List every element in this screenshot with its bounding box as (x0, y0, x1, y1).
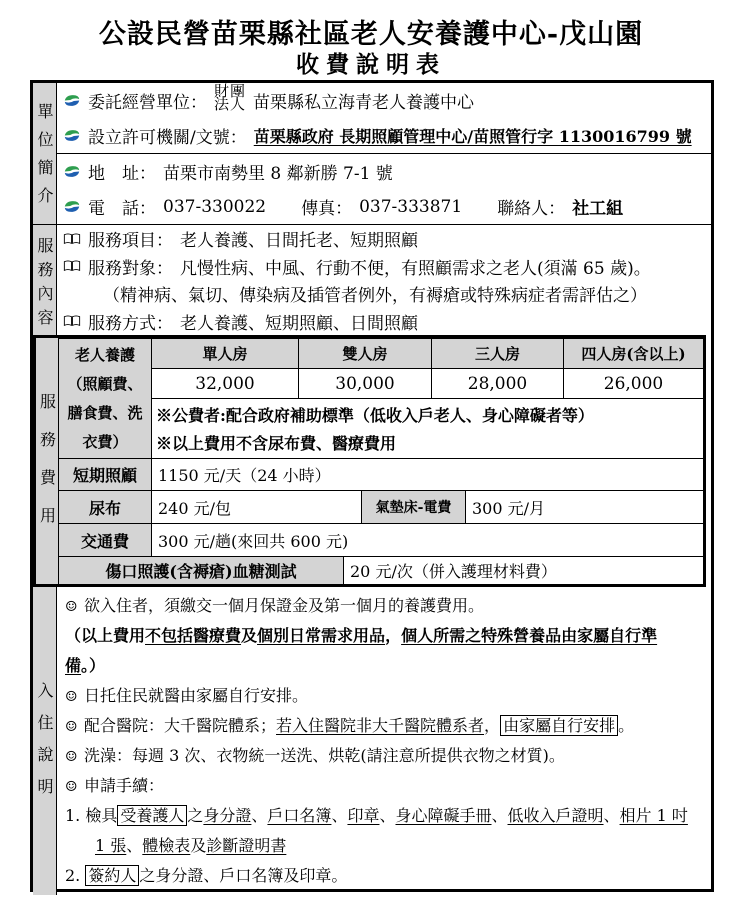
service-targets-line: 服務對象：凡慢性病、中風、行動不便，有照顧需求之老人(須滿 65 歲)。 (57, 253, 711, 281)
text-segment: ☺ (65, 749, 82, 765)
text-segment: 個別日常需求用品 (257, 626, 385, 645)
services-content: 服務項目：老人養護、日間托老、短期照顧 服務對象：凡慢性病、中風、行動不便，有照… (57, 225, 711, 335)
fee-table: 單位簡介 委託經營單位：財團法人苗栗縣私立海青老人養護中心 設立許可機關/文號：… (30, 80, 714, 892)
admission-line-signer: 2. 簽約人之身分證、戶口名簿及印章。 (65, 861, 711, 891)
admission-line-documents-1: 1. 檢具受養護人之身分證、戶口名簿、印章、身心障礙手冊、低收入戶證明、相片 1… (65, 801, 711, 831)
diaper-value: 240 元/包 (151, 490, 361, 523)
fax-label: 傳真： (301, 194, 352, 219)
contact-value: 社工組 (572, 194, 623, 219)
text-segment: 備 (65, 656, 81, 675)
diaper-label: 尿布 (58, 490, 151, 523)
text-segment: 簽約人 (85, 865, 139, 886)
contact-label: 聯絡人： (497, 194, 565, 219)
admission-line-procedure: ☺ 申請手續： (65, 771, 711, 801)
section-fees: 服務費用 老人養護 （照顧費、 膳食費、洗 衣費） 單人房 雙人房 三人房 四人… (33, 335, 706, 587)
admission-line-hospital: ☺ 配合醫院：大千醫院體系；若入住醫院非大千醫院體系者，由家屬自行安排。 (65, 711, 711, 741)
text-segment: 。 (618, 716, 634, 735)
admission-line-bathing: ☺ 洗澡：每週 3 次、衣物統一送洗、烘乾(請注意所提供衣物之材質)。 (65, 741, 711, 771)
care-label-line: 衣費） (82, 428, 127, 457)
text-segment: ， (484, 716, 500, 735)
text-segment: 配合醫院：大千醫院體系； (84, 716, 276, 735)
text-segment: 欲入住者，須繳交一個月保證金及第一個月的養護費用。 (84, 596, 484, 615)
text-segment: 體檢表 (142, 836, 190, 855)
text-segment: （以上費用 (65, 626, 145, 645)
swirl-icon (63, 93, 81, 108)
swirl-icon (63, 128, 81, 143)
admission-line-exclusion-1: （以上費用不包括醫療費及個別日常需求用品，個人所需之特殊營養品由家屬自行準 (65, 621, 711, 651)
text-segment: 1. 檢具 (65, 806, 117, 825)
phone-value: 037-330022 (163, 197, 266, 217)
wound-care-label: 傷口照護(含褥瘡)血糖測試 (58, 556, 343, 584)
operator-stack-bottom: 法人 (214, 98, 246, 111)
airbed-value: 300 元/月 (465, 490, 703, 523)
operator-corp-stack: 財團法人 (214, 85, 246, 111)
license-label: 設立許可機關/文號： (88, 123, 247, 148)
operator-line: 委託經營單位：財團法人苗栗縣私立海青老人養護中心 (57, 83, 711, 118)
transport-value: 300 元/趟(來回共 600 元) (151, 523, 703, 556)
operator-label: 委託經營單位： (88, 88, 207, 113)
text-segment: 戶口名簿 (267, 806, 331, 825)
address-label: 地 址： (88, 159, 156, 184)
service-items-label: 服務項目： (88, 226, 173, 251)
room-price-double: 30,000 (298, 368, 431, 398)
text-segment: 不包括醫療費 (145, 626, 241, 645)
text-segment: 、 (379, 806, 395, 825)
text-segment: 、 (126, 836, 142, 855)
fee-notes: ※公費者:配合政府補助標準（低收入戶老人、身心障礙者等） ※以上費用不含尿布費、… (151, 398, 703, 458)
fee-note-exclusions: ※以上費用不含尿布費、醫療費用 (156, 431, 396, 454)
care-fee-row-label: 老人養護 （照顧費、 膳食費、洗 衣費） (58, 338, 151, 458)
text-segment: 及 (241, 626, 257, 645)
text-segment: 由家屬自行安排 (500, 715, 618, 736)
transport-label: 交通費 (58, 523, 151, 556)
text-segment: 印章 (347, 806, 379, 825)
service-targets-note: （精神病、氣切、傳染病及插管者例外，有褥瘡或特殊病症者需評估之） (103, 281, 647, 306)
room-header-triple: 三人房 (431, 338, 563, 368)
unit-intro-content: 委託經營單位：財團法人苗栗縣私立海青老人養護中心 設立許可機關/文號：苗栗縣政府… (57, 83, 711, 224)
services-sidebar-label: 服務內容 (33, 225, 57, 335)
section-admission: 入住說明 ☺ 欲入住者，須繳交一個月保證金及第一個月的養護費用。 （以上費用不包… (33, 587, 711, 895)
room-header-double: 雙人房 (298, 338, 431, 368)
text-segment: ☺ (65, 599, 82, 615)
swirl-icon (63, 199, 81, 214)
section-services: 服務內容 服務項目：老人養護、日間托老、短期照顧 服務對象：凡慢性病、中風、行動… (33, 225, 711, 335)
service-targets-note-line: （精神病、氣切、傳染病及插管者例外，有褥瘡或特殊病症者需評估之） (57, 280, 711, 308)
text-segment: 。） (81, 656, 105, 675)
wound-care-value: 20 元/次（併入護理材料費） (343, 556, 703, 584)
text-segment: 、 (492, 806, 508, 825)
swirl-icon (63, 164, 81, 179)
text-segment: 日托住民就醫由家屬自行安排。 (84, 686, 308, 705)
text-segment: 1 張 (95, 836, 126, 855)
text-segment: ☺ (65, 779, 82, 795)
fees-sidebar-label: 服務費用 (36, 338, 58, 584)
service-items-value: 老人養護、日間托老、短期照顧 (180, 226, 418, 251)
open-book-icon (63, 314, 81, 328)
text-segment: 相片 1 吋 (620, 806, 688, 825)
text-segment: 身心障礙手冊 (395, 806, 491, 825)
text-segment: 及 (190, 836, 206, 855)
license-value: 苗栗縣政府 長期照顧管理中心/苗照管行字 1130016799 號 (254, 124, 692, 147)
admission-line-daycare: ☺ 日托住民就醫由家屬自行安排。 (65, 681, 711, 711)
text-segment: 之身分證、戶口名簿及印章。 (139, 866, 347, 885)
address-value: 苗栗市南勢里 8 鄰新勝 7-1 號 (163, 159, 393, 184)
text-segment: 洗澡：每週 3 次、衣物統一送洗、烘乾(請注意所提供衣物之材質)。 (84, 746, 565, 765)
fee-description-page: { "title": "公設民營苗栗縣社區老人安養護中心-戊山園", "subt… (0, 0, 742, 902)
room-price-quad: 26,000 (563, 368, 703, 398)
short-term-label: 短期照顧 (58, 458, 151, 490)
care-label-line: 膳食費、洗 (67, 399, 142, 428)
room-price-triple: 28,000 (431, 368, 563, 398)
license-line: 設立許可機關/文號：苗栗縣政府 長期照顧管理中心/苗照管行字 113001679… (57, 118, 711, 154)
text-segment: 個人所需之特殊營養品由家屬自行準 (401, 626, 657, 645)
section-unit-intro: 單位簡介 委託經營單位：財團法人苗栗縣私立海青老人養護中心 設立許可機關/文號：… (33, 83, 711, 225)
service-methods-line: 服務方式：老人養護、短期照顧、日間照顧 (57, 308, 711, 336)
service-targets-value: 凡慢性病、中風、行動不便，有照顧需求之老人(須滿 65 歲)。 (180, 254, 651, 279)
text-segment: ☺ (65, 719, 82, 735)
service-targets-label: 服務對象： (88, 254, 173, 279)
admission-line-deposit: ☺ 欲入住者，須繳交一個月保證金及第一個月的養護費用。 (65, 591, 711, 621)
address-line: 地 址：苗栗市南勢里 8 鄰新勝 7-1 號 (57, 154, 711, 189)
text-segment: 身分證 (203, 806, 251, 825)
text-segment: 低收入戶證明 (508, 806, 604, 825)
service-items-line: 服務項目：老人養護、日間托老、短期照顧 (57, 225, 711, 253)
admission-sidebar-label: 入住說明 (33, 587, 57, 895)
service-methods-label: 服務方式： (88, 309, 173, 334)
fee-note-subsidy: ※公費者:配合政府補助標準（低收入戶老人、身心障礙者等） (156, 403, 594, 426)
text-segment: ☺ (65, 689, 82, 705)
airbed-label: 氣墊床-電費 (361, 490, 465, 523)
care-label-line: 老人養護 (75, 341, 135, 370)
care-label-line: （照顧費、 (67, 370, 142, 399)
unit-intro-sidebar-label: 單位簡介 (33, 83, 57, 224)
text-segment: 診斷證明書 (206, 836, 286, 855)
text-segment: 、 (331, 806, 347, 825)
text-segment: 之 (187, 806, 203, 825)
room-header-single: 單人房 (151, 338, 298, 368)
phone-label: 電 話： (88, 194, 156, 219)
fax-value: 037-333871 (359, 197, 462, 217)
phone-line: 電 話：037-330022 傳真：037-333871 聯絡人：社工組 (57, 189, 711, 224)
text-segment: ， (385, 626, 401, 645)
short-term-value: 1150 元/天（24 小時） (151, 458, 703, 490)
page-subtitle: 收費說明表 (0, 46, 742, 79)
text-segment: 、 (251, 806, 267, 825)
text-segment: 申請手續： (84, 776, 164, 795)
room-header-quad: 四人房(含以上) (563, 338, 703, 368)
admission-line-exclusion-2: 備。） (65, 651, 711, 681)
open-book-icon (63, 232, 81, 246)
text-segment: 受養護人 (117, 805, 187, 826)
text-segment: 若入住醫院非大千醫院體系者 (276, 716, 484, 735)
text-segment: 、 (604, 806, 620, 825)
text-segment: 2. (65, 866, 85, 885)
room-price-single: 32,000 (151, 368, 298, 398)
admission-content: ☺ 欲入住者，須繳交一個月保證金及第一個月的養護費用。 （以上費用不包括醫療費及… (57, 587, 711, 895)
admission-line-documents-2: 1 張、體檢表及診斷證明書 (65, 831, 711, 861)
operator-value: 苗栗縣私立海青老人養護中心 (253, 88, 474, 113)
open-book-icon (63, 259, 81, 273)
service-methods-value: 老人養護、短期照顧、日間照顧 (180, 309, 418, 334)
